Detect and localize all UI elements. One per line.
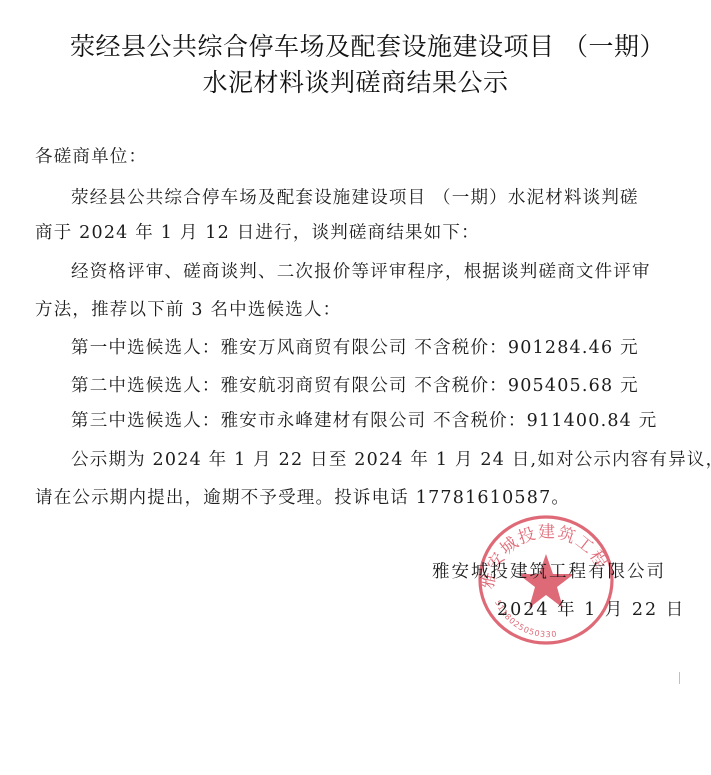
candidate-price-label: 不含税价： [433,411,527,431]
candidate-unit: 元 [639,411,658,431]
paragraph-1-line-1: 荥经县公共综合停车场及配套设施建设项目 （一期）水泥材料谈判磋 [71,184,639,209]
candidate-price-label: 不含税价： [414,338,508,358]
paragraph-1-line-2: 商于 2024 年 1 月 12 日进行，谈判磋商结果如下： [35,219,480,244]
notice-line-1: 公示期为 2024 年 1 月 22 日至 2024 年 1 月 24 日,如对… [71,446,711,471]
candidate-row-1: 第一中选候选人：雅安万风商贸有限公司 不含税价：901284.46 元 [71,334,639,359]
candidate-rank: 第三中选候选人： [71,411,221,431]
candidate-row-2: 第二中选候选人：雅安航羽商贸有限公司 不含税价：905405.68 元 [71,372,639,397]
candidate-rank: 第二中选候选人： [71,376,221,396]
candidate-price: 901284.46 [508,338,613,358]
candidate-price: 905405.68 [508,376,613,396]
salutation: 各磋商单位： [35,143,147,168]
document-title-line1: 荥经县公共综合停车场及配套设施建设项目 （一期） [12,27,711,63]
signature-organization: 雅安城投建筑工程有限公司 [432,558,666,583]
candidate-rank: 第一中选候选人： [71,338,221,358]
document-title-line2: 水泥材料谈判磋商结果公示 [0,63,711,99]
paragraph-2-line-2: 方法，推荐以下前 3 名中选候选人： [35,296,341,321]
candidate-price: 911400.84 [527,411,632,431]
candidate-company: 雅安市永峰建材有限公司 [221,411,427,431]
candidate-row-3: 第三中选候选人：雅安市永峰建材有限公司 不含税价：911400.84 元 [71,407,657,432]
paragraph-2-line-1: 经资格评审、磋商谈判、二次报价等评审程序，根据谈判磋商文件评审 [71,258,651,283]
signature-date: 2024 年 1 月 22 日 [497,596,685,621]
candidate-unit: 元 [620,376,639,396]
candidate-unit: 元 [620,338,639,358]
candidate-price-label: 不含税价： [414,376,508,396]
scan-artifact-mark [679,672,680,684]
candidate-company: 雅安航羽商贸有限公司 [221,376,408,396]
candidate-company: 雅安万风商贸有限公司 [221,338,408,358]
notice-line-2: 请在公示期内提出，逾期不予受理。投诉电话 17781610587。 [35,484,570,509]
